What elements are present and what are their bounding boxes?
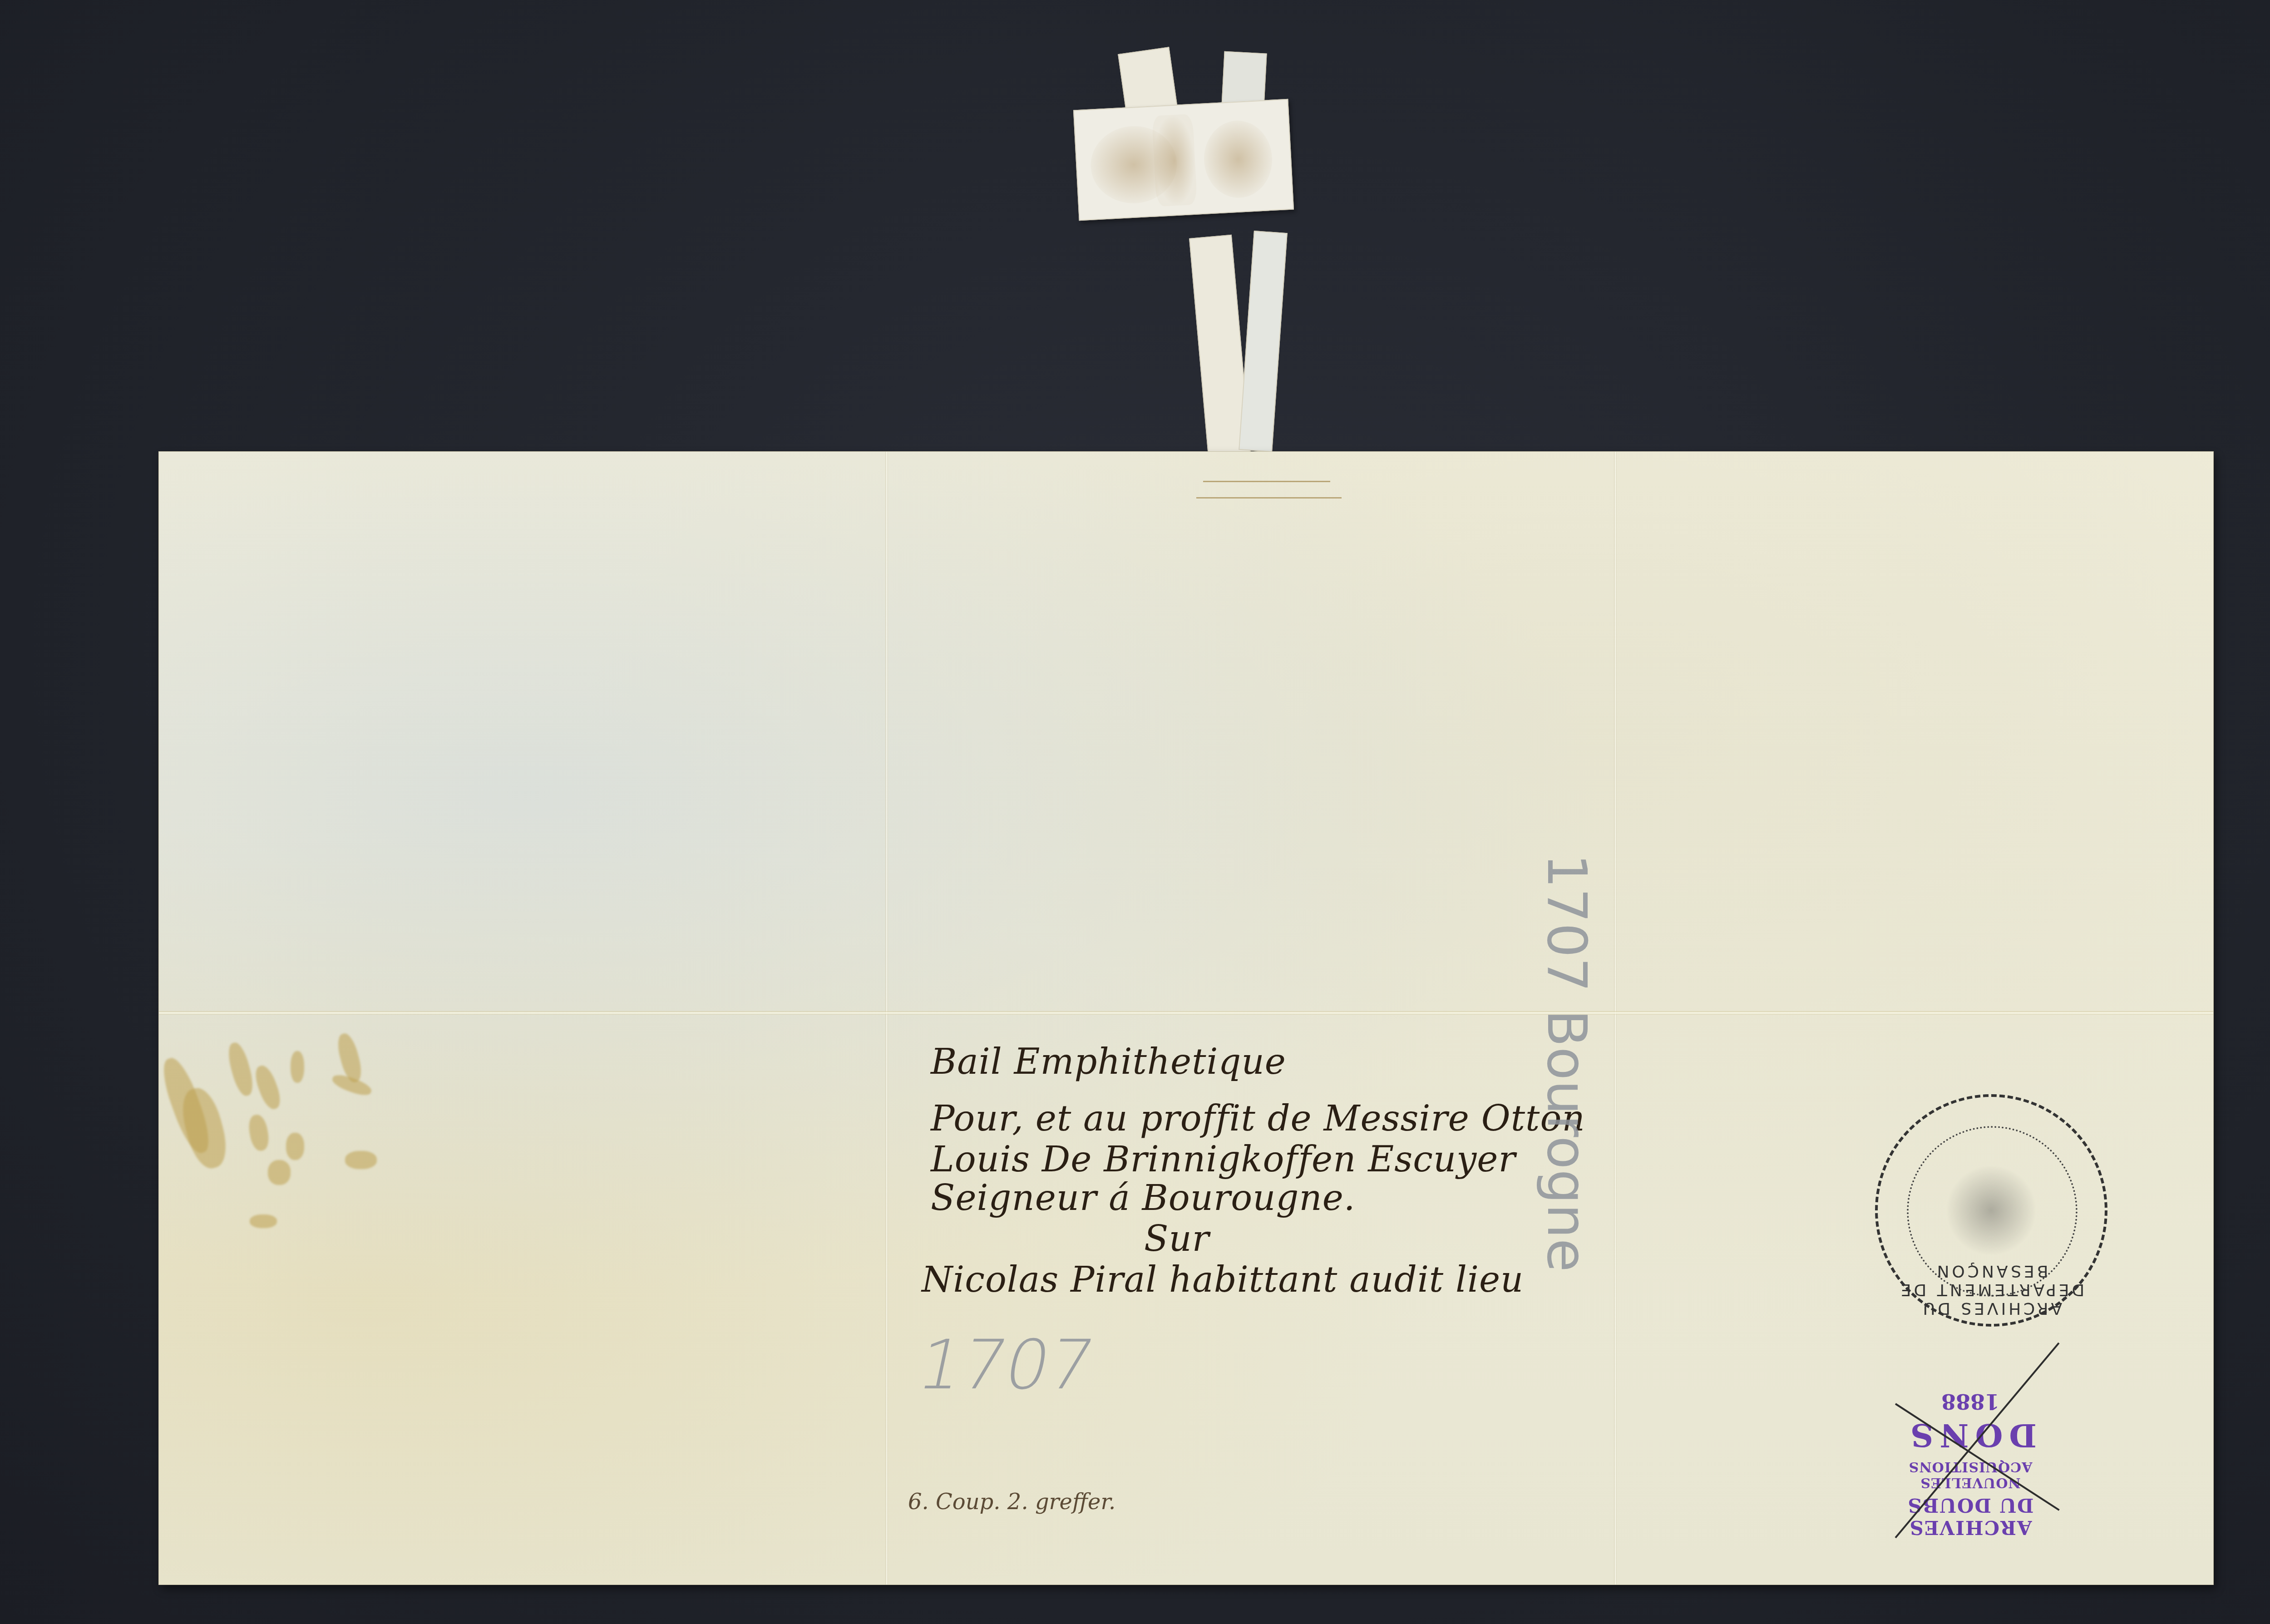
endorsement-title: Bail Emphithetique (931, 1044, 1286, 1080)
water-stain (286, 1133, 304, 1160)
fold-line-vertical-right (1614, 452, 1617, 1585)
stamp-line-4: 1888 (1889, 1389, 2052, 1414)
clerk-note: 6. Coup. 2. greffer. (908, 1489, 1115, 1515)
water-stain (345, 1151, 377, 1169)
wax-stain (1202, 119, 1274, 200)
fold-line-horizontal (159, 1011, 2213, 1015)
stamp-line-2: NOUVELLES ACQUISITIONS (1889, 1459, 2052, 1491)
endorsement-line: Nicolas Piral habittant audit lieu (922, 1262, 1524, 1298)
strap-slit-bottom (1196, 497, 1342, 499)
endorsement-line: Sur (1144, 1221, 1209, 1257)
water-stain (268, 1160, 291, 1185)
water-stain (250, 1214, 277, 1228)
endorsement-line: Pour, et au proffit de Messire Otton (931, 1101, 1585, 1136)
seal-tag (1073, 99, 1294, 221)
endorsement-line: Louis De Brinnigkoffen Escuyer (931, 1142, 1516, 1177)
fold-line-vertical-left (885, 452, 888, 1585)
water-stain (291, 1051, 304, 1083)
pencil-year: 1707 (911, 1326, 1101, 1405)
wax-stain (1152, 114, 1197, 207)
endorsement-line: Seigneur á Bourougne. (931, 1180, 1356, 1216)
pencil-vertical-note: 1707 Bourogne (1535, 854, 1598, 1272)
seal-emblem-icon (1946, 1165, 2037, 1256)
strap-slit-top (1203, 481, 1330, 482)
archive-round-seal: ARCHIVES DU DÉPARTEMENT DE BESANÇON (1875, 1094, 2107, 1327)
